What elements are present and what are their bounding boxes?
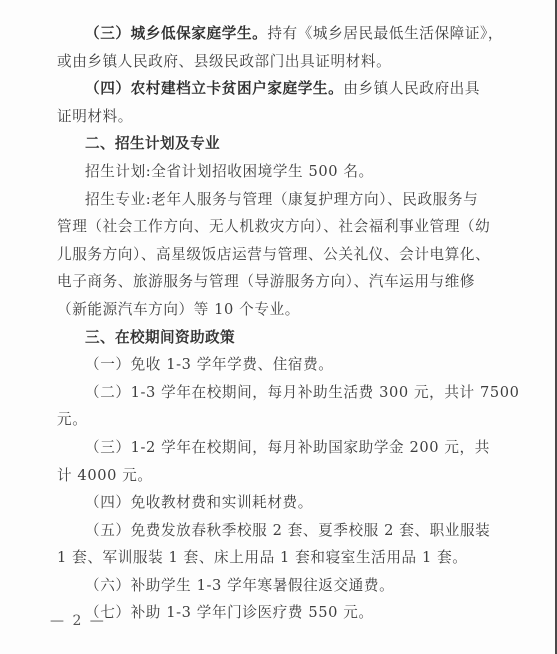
majors-text-line: 儿服务方向）、高星级饭店运营与管理、公关礼仪、会计电算化、 bbox=[57, 241, 477, 269]
majors-text-line: 招生专业:老年人服务与管理（康复护理方向）、民政服务与 bbox=[57, 186, 477, 214]
majors-text-line: 电子商务、旅游服务与管理（导游服务方向）、汽车运用与维修 bbox=[57, 268, 477, 296]
aid-item: （五）免费发放春秋季校服 2 套、夏季校服 2 套、职业服装 bbox=[57, 517, 477, 545]
aid-item: （三）1-2 学年在校期间，每月补助国家助学金 200 元，共 bbox=[57, 434, 477, 462]
aid-item-continuation: 计 4000 元。 bbox=[57, 462, 477, 490]
aid-item: （七）补助 1-3 学年门诊医疗费 550 元。 bbox=[57, 599, 477, 627]
paragraph-lead-bold: （三）城乡低保家庭学生。 bbox=[85, 25, 267, 42]
aid-item: （四）免收教材费和实训耗材费。 bbox=[57, 489, 477, 517]
paragraph-poverty-households: （四）农村建档立卡贫困户家庭学生。由乡镇人民政府出具 bbox=[57, 75, 477, 103]
paragraph-text: 持有《城乡居民最低生活保障证》， bbox=[267, 25, 503, 42]
paragraph-low-income-students: （三）城乡低保家庭学生。持有《城乡居民最低生活保障证》， bbox=[57, 20, 477, 48]
paragraph-continuation: 或由乡镇人民政府、县级民政部门出具证明材料。 bbox=[57, 48, 477, 76]
paragraph-text: 由乡镇人民政府出具 bbox=[343, 80, 480, 97]
majors-text-line: 管理（社会工作方向、无人机救灾方向）、社会福利事业管理（幼 bbox=[57, 213, 477, 241]
section-heading-enrollment: 二、招生计划及专业 bbox=[57, 130, 477, 158]
majors-text-line: （新能源汽车方向）等 10 个专业。 bbox=[57, 296, 477, 324]
aid-item: （六）补助学生 1-3 学年寒暑假往返交通费。 bbox=[57, 572, 477, 600]
enrollment-plan-text: 招生计划:全省计划招收困境学生 500 名。 bbox=[57, 158, 477, 186]
aid-item-continuation: 1 套、军训服装 1 套、床上用品 1 套和寝室生活用品 1 套。 bbox=[57, 544, 477, 572]
aid-item-continuation: 元。 bbox=[57, 406, 477, 434]
paragraph-continuation: 证明材料。 bbox=[57, 103, 477, 131]
section-heading-financial-aid: 三、在校期间资助政策 bbox=[57, 324, 477, 352]
paragraph-lead-bold: （四）农村建档立卡贫困户家庭学生。 bbox=[85, 80, 343, 97]
aid-item: （二）1-3 学年在校期间，每月补助生活费 300 元，共计 7500 bbox=[57, 379, 477, 407]
page-number: — 2 — bbox=[50, 613, 106, 629]
aid-item: （一）免收 1-3 学年学费、住宿费。 bbox=[57, 351, 477, 379]
document-page: （三）城乡低保家庭学生。持有《城乡居民最低生活保障证》， 或由乡镇人民政府、县级… bbox=[57, 20, 477, 627]
